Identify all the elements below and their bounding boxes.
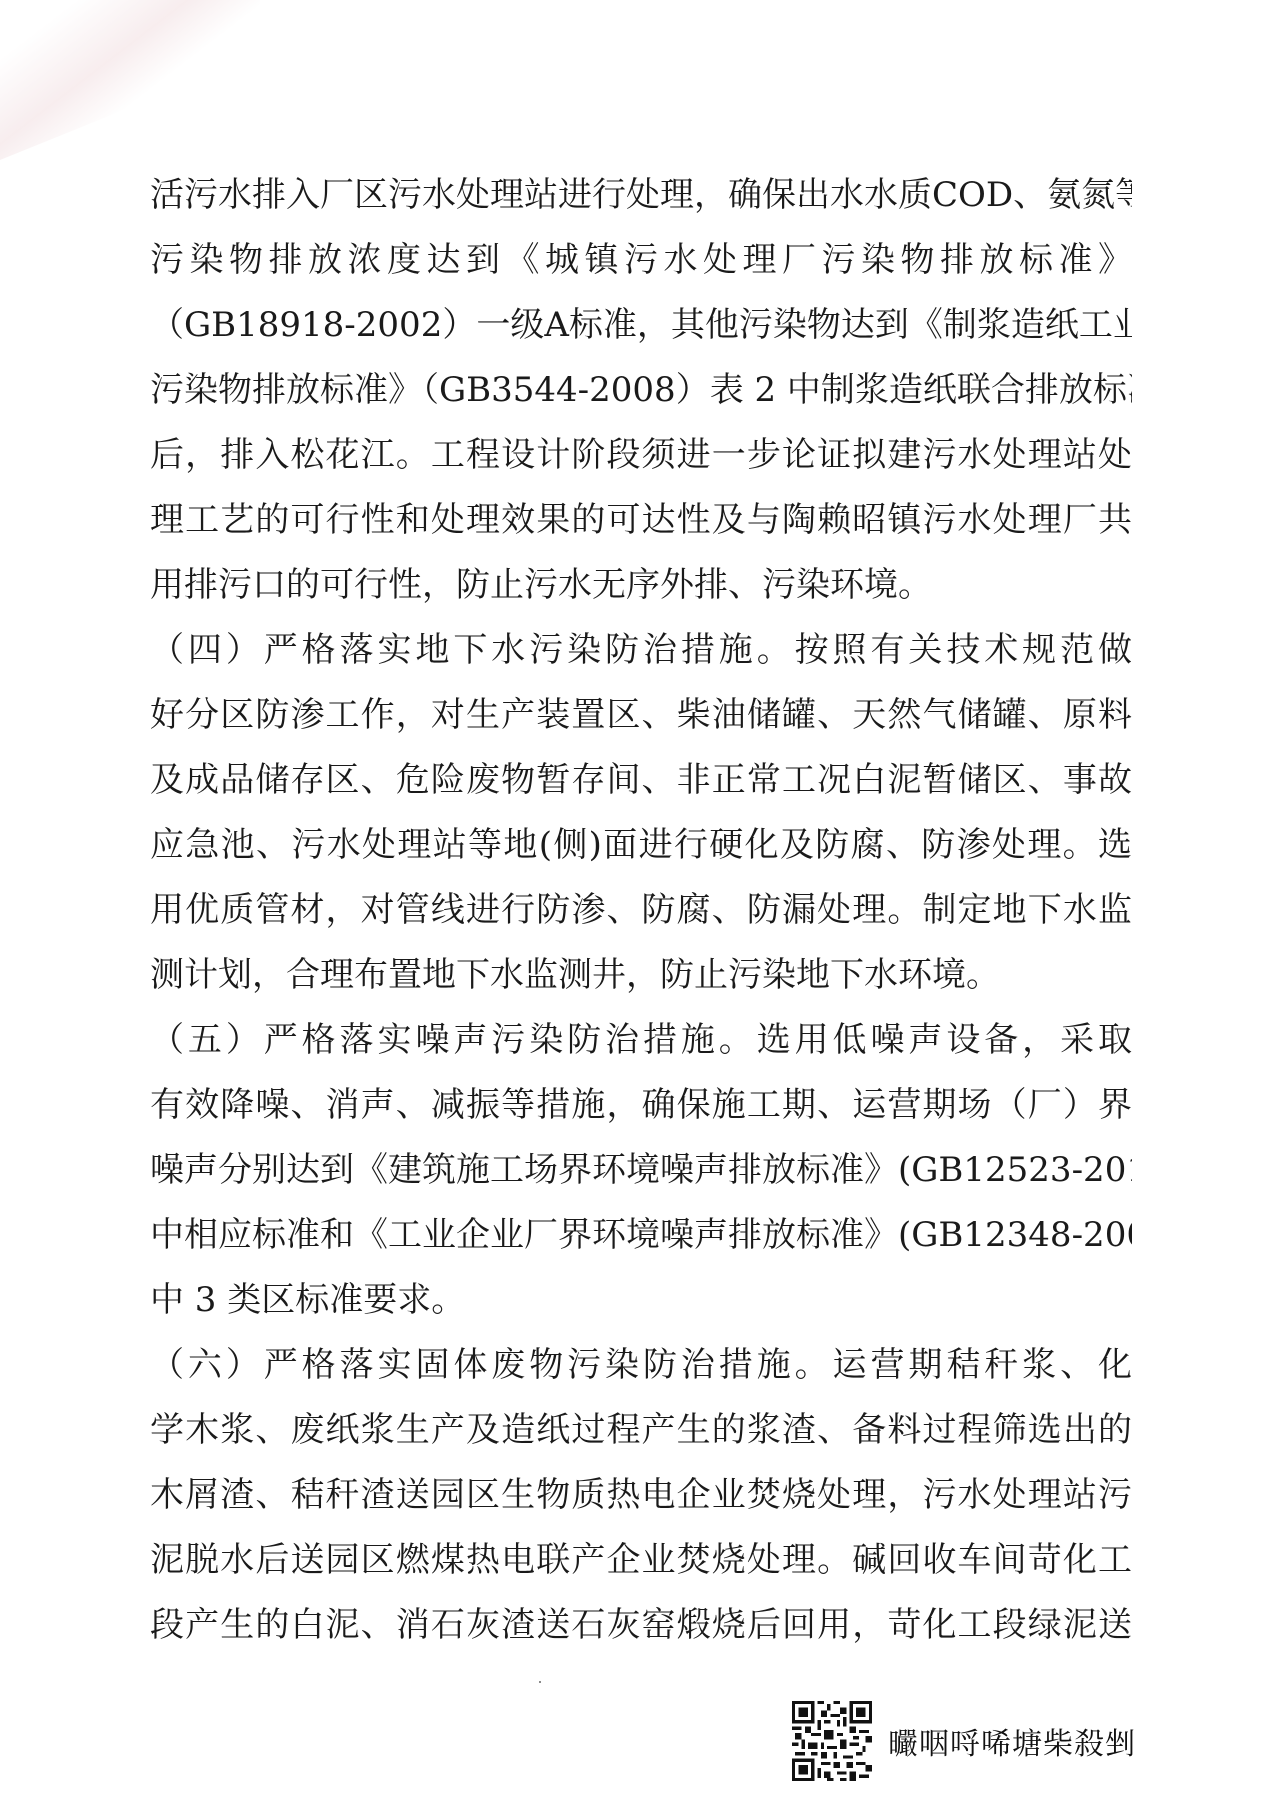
text-line: （GB18918-2002）一级A标准，其他污染物达到《制浆造纸工业水: [150, 298, 1132, 363]
scan-artifact: [0, 0, 260, 160]
text-line: 学木浆、废纸浆生产及造纸过程产生的浆渣、备料过程筛选出的: [150, 1403, 1132, 1468]
paragraph-wastewater: 活污水排入厂区污水处理站进行处理，确保出水水质COD、氨氮等 污染物排放浓度达到…: [150, 168, 1132, 623]
paragraph-solid-waste: （六）严格落实固体废物污染防治措施。运营期秸秆浆、化 学木浆、废纸浆生产及造纸过…: [150, 1338, 1132, 1663]
text-line: 噪声分别达到《建筑施工场界环境噪声排放标准》(GB12523-2011): [150, 1143, 1132, 1208]
scan-speck: [539, 1681, 541, 1683]
paragraph-heading-line: （四）严格落实地下水污染防治措施。按照有关技术规范做: [150, 623, 1132, 688]
paragraph-heading-line: （六）严格落实固体废物污染防治措施。运营期秸秆浆、化: [150, 1338, 1132, 1403]
paragraph-heading-line: （五）严格落实噪声污染防治措施。选用低噪声设备，采取: [150, 1013, 1132, 1078]
paragraph-noise: （五）严格落实噪声污染防治措施。选用低噪声设备，采取 有效降噪、消声、减振等措施…: [150, 1013, 1132, 1338]
paragraph-groundwater: （四）严格落实地下水污染防治措施。按照有关技术规范做 好分区防渗工作，对生产装置…: [150, 623, 1132, 1013]
text-line: 泥脱水后送园区燃煤热电联产企业焚烧处理。碱回收车间苛化工: [150, 1533, 1132, 1598]
qr-code-icon: [792, 1700, 872, 1782]
text-line: 后，排入松花江。工程设计阶段须进一步论证拟建污水处理站处: [150, 428, 1132, 493]
text-line: 中 3 类区标准要求。: [150, 1273, 1132, 1338]
text-line: 应急池、污水处理站等地(侧)面进行硬化及防腐、防渗处理。选: [150, 818, 1132, 883]
text-line: 活污水排入厂区污水处理站进行处理，确保出水水质COD、氨氮等: [150, 168, 1132, 233]
text-line: 测计划，合理布置地下水监测井，防止污染地下水环境。: [150, 948, 1132, 1013]
text-line: 中相应标准和《工业企业厂界环境噪声排放标准》(GB12348-2008): [150, 1208, 1132, 1273]
text-line: 用优质管材，对管线进行防渗、防腐、防漏处理。制定地下水监: [150, 883, 1132, 948]
text-line: 段产生的白泥、消石灰渣送石灰窑煅烧后回用，苛化工段绿泥送: [150, 1598, 1132, 1663]
document-body: 活污水排入厂区污水处理站进行处理，确保出水水质COD、氨氮等 污染物排放浓度达到…: [150, 168, 1132, 1663]
page-footer: 曮咽哷唏塘柴殺剉: [792, 1700, 1136, 1782]
text-line: 有效降噪、消声、减振等措施，确保施工期、运营期场（厂）界: [150, 1078, 1132, 1143]
text-line: 污染物排放浓度达到《城镇污水处理厂污染物排放标准》: [150, 233, 1132, 298]
text-line: 用排污口的可行性，防止污水无序外排、污染环境。: [150, 558, 1132, 623]
text-line: 污染物排放标准》（GB3544-2008）表 2 中制浆造纸联合排放标准: [150, 363, 1132, 428]
text-line: 及成品储存区、危险废物暂存间、非正常工况白泥暂储区、事故: [150, 753, 1132, 818]
text-line: 木屑渣、秸秆渣送园区生物质热电企业焚烧处理，污水处理站污: [150, 1468, 1132, 1533]
footer-text: 曮咽哷唏塘柴殺剉: [888, 1719, 1136, 1763]
text-line: 理工艺的可行性和处理效果的可达性及与陶赖昭镇污水处理厂共: [150, 493, 1132, 558]
text-line: 好分区防渗工作，对生产装置区、柴油储罐、天然气储罐、原料: [150, 688, 1132, 753]
